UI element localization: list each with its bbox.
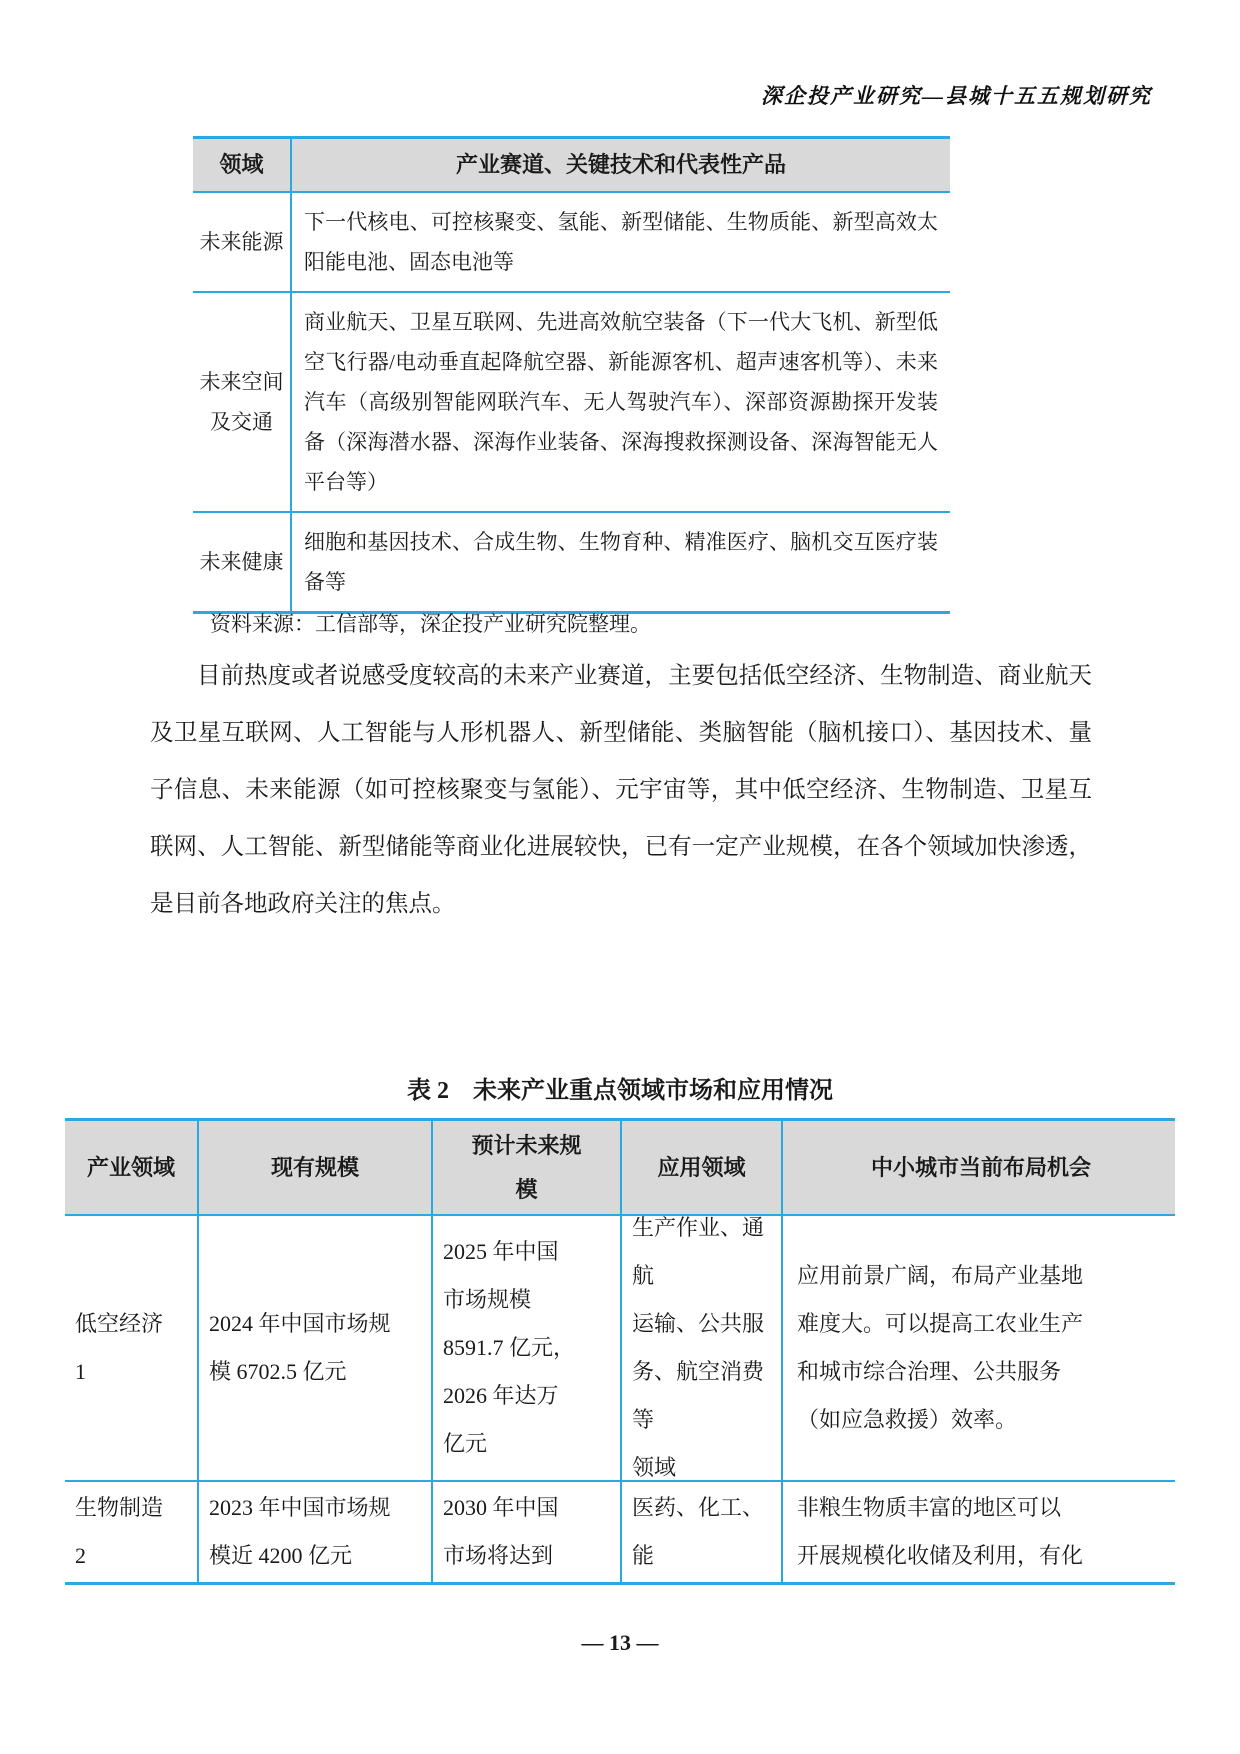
page-number: — 13 —: [0, 1630, 1240, 1656]
table1-row2-field: 未来空间 及交通: [193, 293, 292, 511]
table-row: 未来健康 细胞和基因技术、合成生物、生物育种、精准医疗、脑机交互医疗装备等: [193, 513, 950, 611]
table2-title: 表 2 未来产业重点领域市场和应用情况: [0, 1070, 1240, 1105]
table1-header-field: 领域: [193, 139, 292, 191]
table1-row3-field: 未来健康: [193, 513, 292, 611]
table2-header-future-scale: 预计未来规模: [433, 1121, 622, 1214]
table2-row2-opportunity: 非粮生物质丰富的地区可以 开展规模化收储及利用，有化: [783, 1482, 1175, 1585]
document-page: 深企投产业研究—县城十五五规划研究 领域 产业赛道、关键技术和代表性产品 未来能…: [0, 0, 1240, 1754]
table2-row2-application: 医药、化工、能 源、材料、食品、: [622, 1482, 783, 1585]
source-note: 资料来源：工信部等，深企投产业研究院整理。: [210, 608, 651, 638]
table2-row1-application: 生产作业、通航 运输、公共服 务、航空消费等 领域: [622, 1216, 783, 1480]
table1-row1-content: 下一代核电、可控核聚变、氢能、新型储能、生物质能、新型高效太阳能电池、固态电池等: [292, 193, 950, 291]
table2-row1-current-scale: 2024 年中国市场规 模 6702.5 亿元: [199, 1216, 433, 1480]
table2-row1-industry: 低空经济 1: [65, 1216, 199, 1480]
table2-header-opportunity: 中小城市当前布局机会: [783, 1121, 1175, 1214]
table2-row1-future-scale: 2025 年中国 市场规模 8591.7 亿元， 2026 年达万 亿元: [433, 1216, 622, 1480]
table-row: 低空经济 1 2024 年中国市场规 模 6702.5 亿元 2025 年中国 …: [65, 1216, 1175, 1482]
table-row: 未来能源 下一代核电、可控核聚变、氢能、新型储能、生物质能、新型高效太阳能电池、…: [193, 193, 950, 293]
table1-row2-content: 商业航天、卫星互联网、先进高效航空装备（下一代大飞机、新型低空飞行器/电动垂直起…: [292, 293, 950, 511]
running-header: 深企投产业研究—县城十五五规划研究: [761, 80, 1152, 110]
table2-row2-future-scale: 2030 年中国 市场将达到: [433, 1482, 622, 1585]
market-application-table: 产业领域 现有规模 预计未来规模 应用领域 中小城市当前布局机会 低空经济 1 …: [65, 1118, 1175, 1585]
table2-header-current-scale: 现有规模: [199, 1121, 433, 1214]
table1-header-row: 领域 产业赛道、关键技术和代表性产品: [193, 139, 950, 193]
table2-header-application: 应用领域: [622, 1121, 783, 1214]
table2-row2-industry: 生物制造 2: [65, 1482, 199, 1585]
future-industries-table: 领域 产业赛道、关键技术和代表性产品 未来能源 下一代核电、可控核聚变、氢能、新…: [193, 136, 950, 614]
table2-header-row: 产业领域 现有规模 预计未来规模 应用领域 中小城市当前布局机会: [65, 1121, 1175, 1216]
table1-row1-field: 未来能源: [193, 193, 292, 291]
table1-header-content: 产业赛道、关键技术和代表性产品: [292, 139, 950, 191]
table2-header-industry: 产业领域: [65, 1121, 199, 1214]
body-paragraph: 目前热度或者说感受度较高的未来产业赛道，主要包括低空经济、生物制造、商业航天及卫…: [150, 648, 1092, 933]
table2-row1-opportunity: 应用前景广阔，布局产业基地 难度大。可以提高工农业生产 和城市综合治理、公共服务…: [783, 1216, 1175, 1480]
table-row: 生物制造 2 2023 年中国市场规 模近 4200 亿元 2030 年中国 市…: [65, 1482, 1175, 1585]
table2-row2-current-scale: 2023 年中国市场规 模近 4200 亿元: [199, 1482, 433, 1585]
table1-row3-content: 细胞和基因技术、合成生物、生物育种、精准医疗、脑机交互医疗装备等: [292, 513, 950, 611]
table-row: 未来空间 及交通 商业航天、卫星互联网、先进高效航空装备（下一代大飞机、新型低空…: [193, 293, 950, 513]
